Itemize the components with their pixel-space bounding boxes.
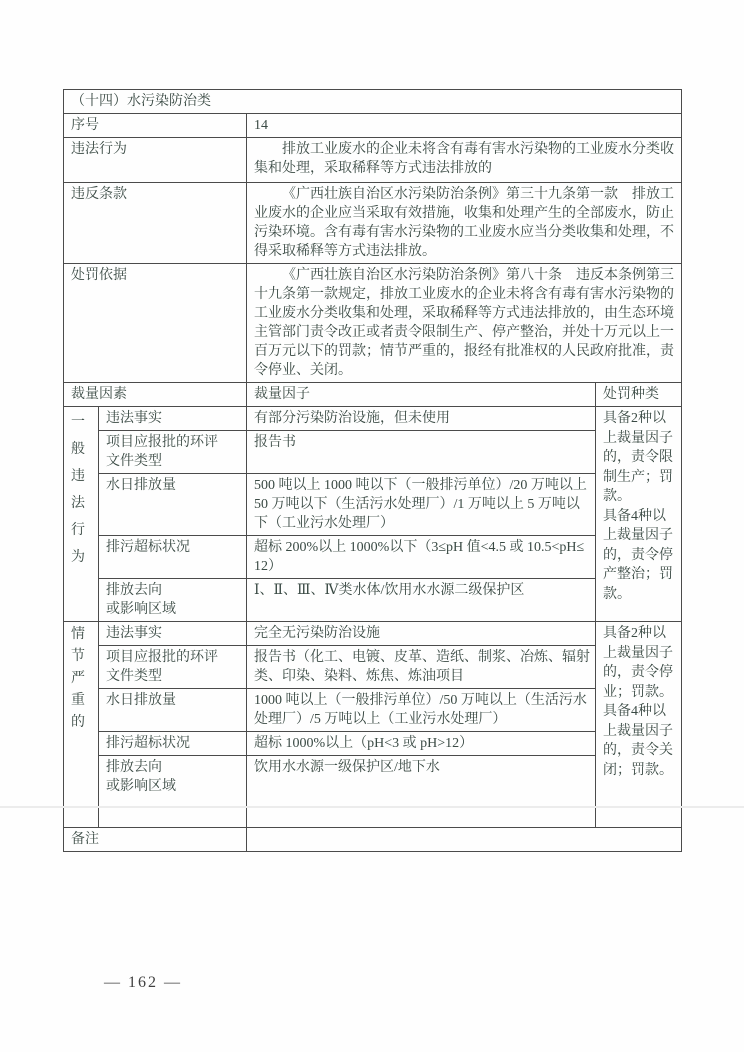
penalty-discretion-table: （十四）水污染防治类 序号 14 违法行为 排放工业废水的企业未将含有毒有害水污… — [63, 89, 682, 852]
scan-artifact-line — [0, 806, 744, 808]
row-label: 排污超标状况 — [99, 732, 247, 756]
row-label: 违法事实 — [99, 407, 247, 431]
row-label: 项目应报批的环评 文件类型 — [99, 431, 247, 474]
penalty-kind-general: 具备2种以上裁量因子的，责令限制生产；罚款。 具备4种以上裁量因子的，责令停产整… — [596, 407, 682, 622]
row-value: 超标 200%以上 1000%以下（3≤pH 值<4.5 或 10.5<pH≤1… — [247, 536, 596, 579]
row-label: 排放去向 或影响区域 — [99, 756, 247, 828]
penalty-basis-label: 处罚依据 — [64, 264, 247, 383]
row-label: 排污超标状况 — [99, 536, 247, 579]
row-value: 饮用水水源一级保护区/地下水 — [247, 756, 596, 828]
remark-label: 备注 — [64, 828, 247, 852]
serial-label: 序号 — [64, 114, 247, 138]
header-penalty-kind: 处罚种类 — [596, 383, 682, 407]
header-factor: 裁量因素 — [64, 383, 247, 407]
page-number: — 162 — — [104, 974, 182, 992]
section-category-severe: 情 节 严 重 的 — [64, 622, 99, 828]
penalty-kind-severe: 具备2种以上裁量因子的，责令停业；罚款。 具备4种以上裁量因子的，责令关闭；罚款… — [596, 622, 682, 828]
row-value: 1000 吨以上（一般排污单位）/50 万吨以上（生活污水处理厂）/5 万吨以上… — [247, 689, 596, 732]
row-value: 超标 1000%以上（pH<3 或 pH>12） — [247, 732, 596, 756]
section-category-general: 一 般 违 法 行 为 — [64, 407, 99, 622]
violation-act-label: 违法行为 — [64, 138, 247, 183]
row-value: 500 吨以上 1000 吨以下（一般排污单位）/20 万吨以上 50 万吨以下… — [247, 474, 596, 536]
serial-value: 14 — [247, 114, 682, 138]
row-value: 报告书 — [247, 431, 596, 474]
row-label: 排放去向 或影响区域 — [99, 579, 247, 622]
row-label: 水日排放量 — [99, 689, 247, 732]
violation-act-value: 排放工业废水的企业未将含有毒有害水污染物的工业废水分类收集和处理，采取稀释等方式… — [247, 138, 682, 183]
penalty-basis-value: 《广西壮族自治区水污染防治条例》第八十条 违反本条例第三十九条第一款规定，排放工… — [247, 264, 682, 383]
row-label: 水日排放量 — [99, 474, 247, 536]
table-title: （十四）水污染防治类 — [64, 90, 682, 114]
row-label: 项目应报批的环评 文件类型 — [99, 646, 247, 689]
row-value: 有部分污染防治设施，但未使用 — [247, 407, 596, 431]
document-page: （十四）水污染防治类 序号 14 违法行为 排放工业废水的企业未将含有毒有害水污… — [0, 0, 744, 1052]
row-value: 报告书（化工、电镀、皮革、造纸、制浆、冶炼、辐射类、印染、染料、炼焦、炼油项目 — [247, 646, 596, 689]
remark-value — [247, 828, 682, 852]
violated-clause-value: 《广西壮族自治区水污染防治条例》第三十九条第一款 排放工业废水的企业应当采取有效… — [247, 183, 682, 264]
row-value: Ⅰ、Ⅱ、Ⅲ、Ⅳ类水体/饮用水水源二级保护区 — [247, 579, 596, 622]
header-sub-factor: 裁量因子 — [247, 383, 596, 407]
row-label: 违法事实 — [99, 622, 247, 646]
row-value: 完全无污染防治设施 — [247, 622, 596, 646]
violated-clause-label: 违反条款 — [64, 183, 247, 264]
